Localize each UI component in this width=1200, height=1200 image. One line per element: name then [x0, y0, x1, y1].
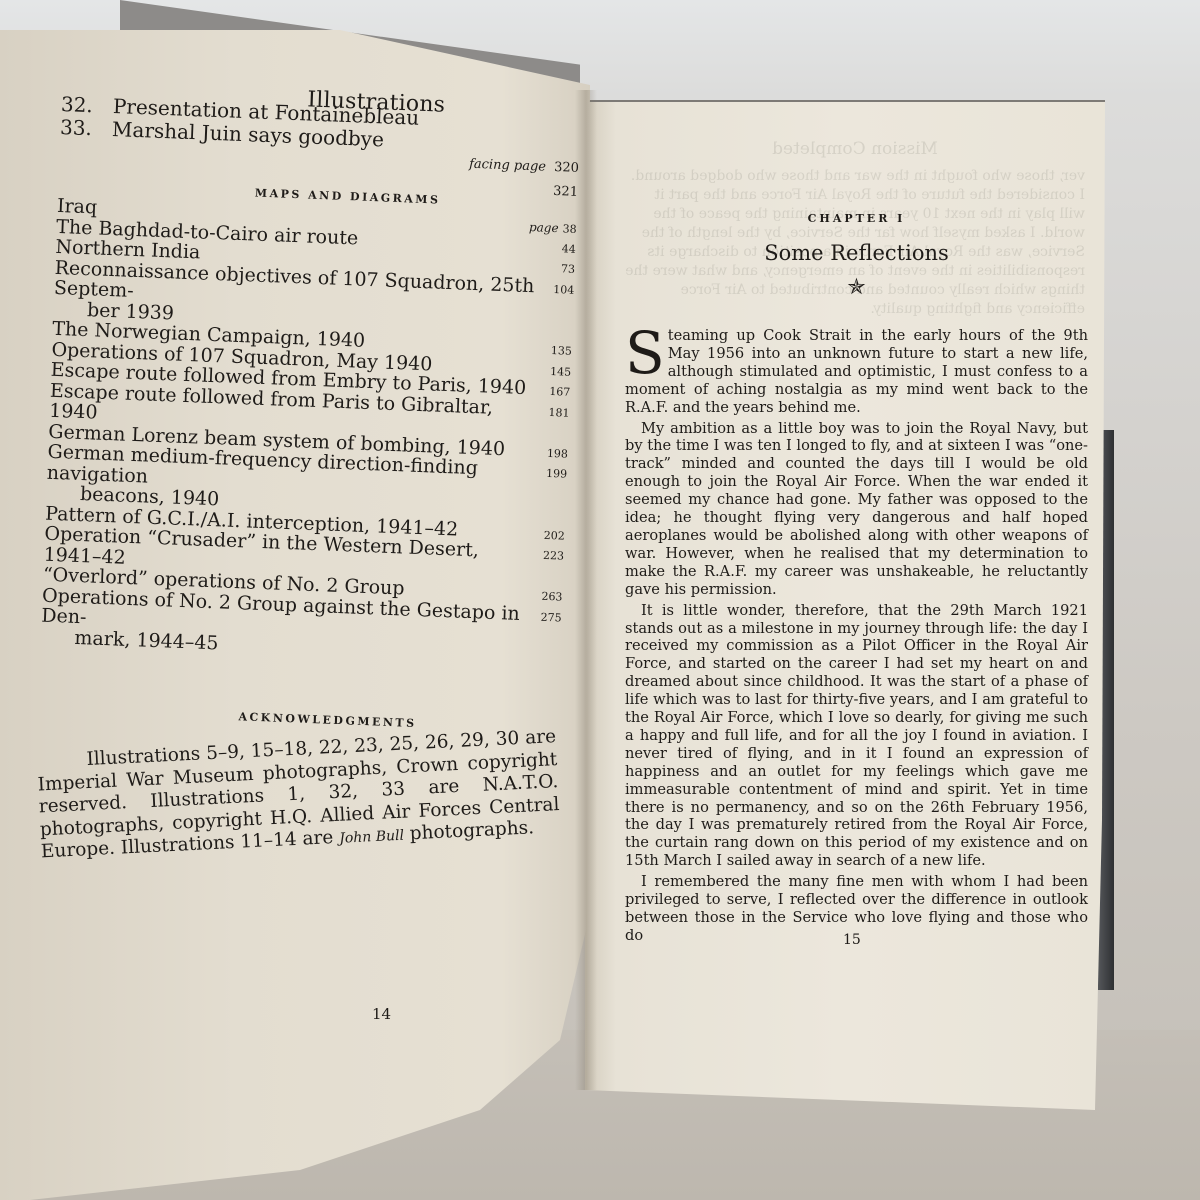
acknowledgments-italic: John Bull: [339, 828, 405, 847]
acknowledgments-text: Illustrations 5–9, 15–18, 22, 23, 25, 26…: [36, 726, 561, 865]
map-page-number: 275: [540, 607, 562, 628]
page-ref: 202: [544, 528, 565, 542]
illustration-page-ref: 321: [553, 184, 578, 200]
page-ref: 320: [554, 160, 579, 176]
page-ref: 167: [549, 385, 570, 399]
left-page-content: Illustrations 32. Presentation at Fontai…: [32, 78, 582, 885]
map-page-number: 104: [553, 280, 575, 301]
illustration-number: 33.: [60, 116, 113, 141]
map-page-number: 223: [543, 546, 565, 567]
page-number-left: 14: [372, 1005, 391, 1023]
page-label: page: [529, 220, 559, 235]
page-ref: 199: [546, 467, 567, 481]
page-ref: 321: [553, 184, 578, 200]
paragraph: It is little wonder, therefore, that the…: [625, 602, 1088, 871]
page-ref: 263: [541, 590, 562, 604]
star-ornament-icon: ✯: [625, 277, 1088, 299]
map-title-continuation: mark, 1944–45: [40, 626, 520, 665]
page-number-right: 15: [843, 932, 861, 948]
page-ref: 38: [562, 222, 576, 236]
page-ref: 135: [551, 344, 572, 358]
page-ref: 198: [547, 446, 568, 460]
paragraph: My ambition as a little boy was to join …: [625, 420, 1088, 599]
acknowledgments-text-part: Illustrations 5–9, 15–18, 22, 23, 25, 26…: [37, 726, 560, 862]
page-ref: 44: [562, 242, 576, 256]
drop-cap: S: [625, 329, 668, 377]
page-ref: 73: [561, 262, 575, 276]
page-ref: 104: [553, 283, 574, 297]
illustration-page-ref: facing page 320: [469, 157, 579, 176]
chapter-label: CHAPTER I: [625, 212, 1088, 225]
maps-list: Iraqpage38The Baghdad-to-Cairo air route…: [40, 196, 577, 667]
page-ref: 275: [540, 610, 561, 624]
page-ref: 145: [550, 364, 571, 378]
map-page-number: 199: [546, 464, 568, 485]
illustration-number: 32.: [61, 93, 114, 118]
paragraph-text: teaming up Cook Strait in the early hour…: [625, 327, 1088, 416]
chapter-body: Steaming up Cook Strait in the early hou…: [625, 327, 1088, 945]
paragraph: Steaming up Cook Strait in the early hou…: [625, 327, 1088, 417]
page-ref: 223: [543, 549, 564, 563]
book-gutter: [575, 90, 597, 1090]
page-ref: 181: [548, 405, 569, 419]
facing-page-label: facing page: [469, 157, 546, 175]
chapter-title: Some Reflections: [625, 241, 1088, 265]
map-page-number: 181: [548, 402, 570, 423]
right-page-content: CHAPTER I Some Reflections ✯ Steaming up…: [625, 210, 1088, 948]
